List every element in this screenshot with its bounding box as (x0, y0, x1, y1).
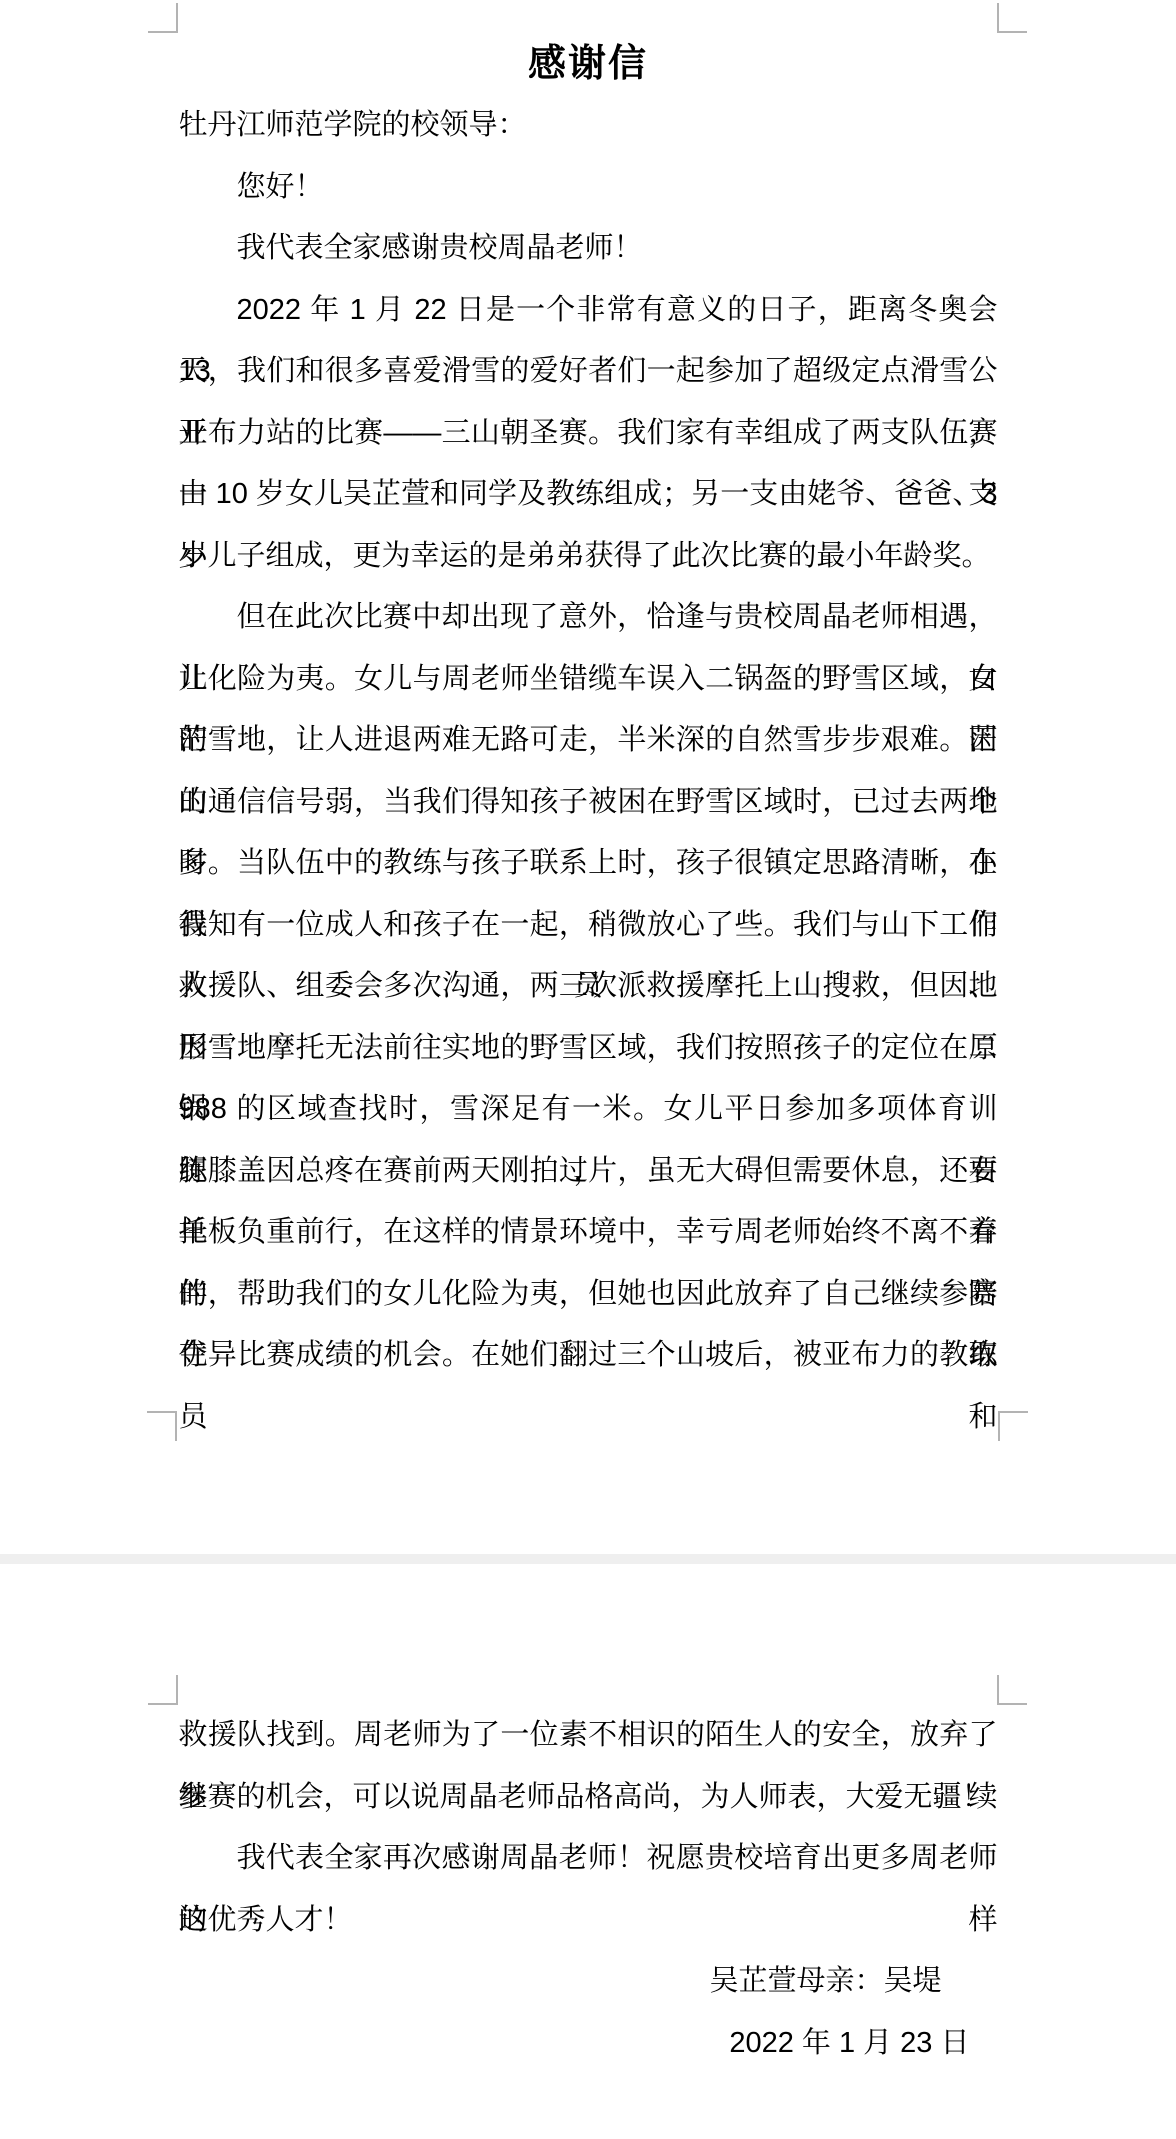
page-break-gap (0, 1554, 1176, 1564)
page-2[interactable]: 救援队找到。周老师为了一位素不相识的陌生人的安全，放弃了继续 参赛的机会，可以说… (0, 1564, 1176, 2139)
page-1-text-column: 感谢信 牡丹江师范学院的校领导： 您好！ 我代表全家感谢贵校周晶老师！ 2022… (179, 0, 998, 1387)
text-line[interactable]: 参赛的机会，可以说周晶老师品格高尚，为人师表，大爱无疆！ (179, 1767, 998, 1829)
text-line[interactable]: 但在此次比赛中却出现了意外，恰逢与贵校周晶老师相遇，让女 (179, 587, 998, 649)
text-line[interactable]: 小儿子组成，更为幸运的是弟弟获得了此次比赛的最小年龄奖。 (179, 526, 998, 588)
text-line[interactable]: 亚布力站的比赛——三山朝圣赛。我们家有幸组成了两支队伍，一支 (179, 403, 998, 465)
text-line[interactable]: 得知有一位成人和孩子在一起，稍微放心了些。我们与山下工作人员、 (179, 895, 998, 957)
text-line[interactable]: 2022 年 1 月 22 日是一个非常有意义的日子，距离冬奥会 13 (179, 280, 998, 342)
date-line[interactable]: 2022 年 1 月 23 日 (179, 2013, 998, 2075)
text-line[interactable]: 988 的区域查找时，雪深足有一米。女儿平日参加多项体育训练，右 (179, 1079, 998, 1141)
text-line[interactable]: 因雪地摩托无法前往实地的野雪区域，我们按照孩子的定位在二锅 (179, 1018, 998, 1080)
crop-mark-bottom-right-icon (998, 1411, 1028, 1441)
text-line[interactable]: 儿化险为夷。女儿与周老师坐错缆车误入二锅盔的野雪区域，白茫茫 (179, 649, 998, 711)
page-1[interactable]: 感谢信 牡丹江师范学院的校领导： 您好！ 我代表全家感谢贵校周晶老师！ 2022… (0, 0, 1176, 1554)
text-line[interactable]: 救援队、组委会多次沟通，两三次派救援摩托上山搜救，但因地形原 (179, 956, 998, 1018)
crop-mark-top-left-icon (148, 1675, 178, 1705)
text-line[interactable]: 我代表全家再次感谢周晶老师！祝愿贵校培育出更多周老师这样 (179, 1828, 998, 1890)
text-line[interactable]: 我代表全家感谢贵校周晶老师！ (179, 218, 998, 280)
crop-mark-bottom-left-icon (147, 1411, 177, 1441)
text-line[interactable]: 时。当队伍中的教练与孩子联系上时，孩子很镇定思路清晰，在我们 (179, 833, 998, 895)
crop-mark-top-right-icon (997, 3, 1027, 33)
document-title[interactable]: 感谢信 (179, 33, 998, 95)
page-2-text-column: 救援队找到。周老师为了一位素不相识的陌生人的安全，放弃了继续 参赛的机会，可以说… (179, 1564, 998, 2074)
text-line[interactable]: 优异比赛成绩的机会。在她们翻过三个山坡后，被亚布力的教练员和 (179, 1325, 998, 1387)
document-canvas: { "colors": { "page_background": "#fffff… (0, 0, 1176, 2139)
text-line[interactable]: 天，我们和很多喜爱滑雪的爱好者们一起参加了超级定点滑雪公开赛 (179, 341, 998, 403)
salutation-line[interactable]: 牡丹江师范学院的校领导： (179, 95, 998, 157)
text-line[interactable]: 的雪地，让人进退两难无路可走，半米深的自然雪步步艰难。因山地 (179, 710, 998, 772)
text-line[interactable]: 由 10 岁女儿吴芷萱和同学及教练组成；另一支由姥爷、爸爸、3 岁 (179, 464, 998, 526)
text-line[interactable]: 单板负重前行，在这样的情景环境中，幸亏周老师始终不离不弃的陪 (179, 1202, 998, 1264)
crop-mark-top-left-icon (148, 3, 178, 33)
text-line[interactable]: 的通信信号弱，当我们得知孩子被困在野雪区域时，已过去两个多小 (179, 772, 998, 834)
signature-line[interactable]: 吴芷萱母亲：吴堤 (179, 1951, 998, 2013)
crop-mark-top-right-icon (997, 1675, 1027, 1705)
text-line[interactable]: 救援队找到。周老师为了一位素不相识的陌生人的安全，放弃了继续 (179, 1705, 998, 1767)
greeting-line[interactable]: 您好！ (179, 157, 998, 219)
text-line[interactable]: 腿膝盖因总疼在赛前两天刚拍过片，虽无大碍但需要休息，还要托着 (179, 1141, 998, 1203)
text-line[interactable]: 伴，帮助我们的女儿化险为夷，但她也因此放弃了自己继续参赛夺取 (179, 1264, 998, 1326)
